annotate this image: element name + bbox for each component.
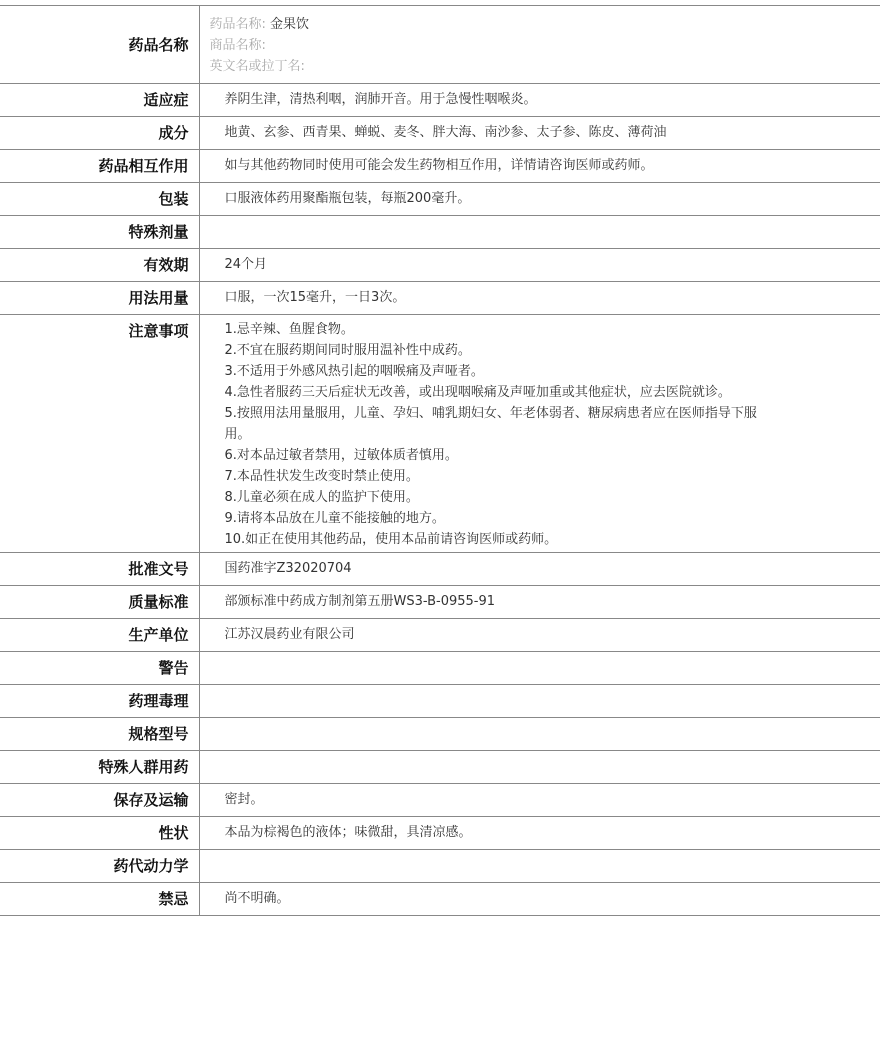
row-packaging: 包装 口服液体药用聚酯瓶包装，每瓶200毫升。 xyxy=(0,183,880,216)
trade-name-line: 商品名称: xyxy=(210,35,880,56)
row-drug-name: 药品名称 药品名称: 金果饮 商品名称: 英文名或拉丁名: xyxy=(0,6,880,84)
row-value xyxy=(199,652,880,685)
row-ingredients: 成分 地黄、玄参、西青果、蝉蜕、麦冬、胖大海、南沙参、太子参、陈皮、薄荷油 xyxy=(0,117,880,150)
row-value: 口服，一次15毫升，一日3次。 xyxy=(199,282,880,315)
row-interactions: 药品相互作用 如与其他药物同时使用可能会发生药物相互作用，详情请咨询医师或药师。 xyxy=(0,150,880,183)
row-warning: 警告 xyxy=(0,652,880,685)
row-value: 部颁标准中药成方制剂第五册WS3-B-0955-91 xyxy=(199,586,880,619)
generic-name-line: 药品名称: 金果饮 xyxy=(210,14,880,35)
precaution-item: 7.本品性状发生改变时禁止使用。 xyxy=(225,466,880,487)
row-value: 口服液体药用聚酯瓶包装，每瓶200毫升。 xyxy=(199,183,880,216)
row-pharmacokinetics: 药代动力学 xyxy=(0,850,880,883)
row-label: 生产单位 xyxy=(0,619,199,652)
generic-name-label: 药品名称: xyxy=(210,17,266,32)
row-label: 规格型号 xyxy=(0,718,199,751)
precaution-item: 10.如正在使用其他药品，使用本品前请咨询医师或药师。 xyxy=(225,529,880,550)
row-value xyxy=(199,751,880,784)
row-specification: 规格型号 xyxy=(0,718,880,751)
row-pharmacology: 药理毒理 xyxy=(0,685,880,718)
row-label: 适应症 xyxy=(0,84,199,117)
row-label: 特殊剂量 xyxy=(0,216,199,249)
precaution-item: 9.请将本品放在儿童不能接触的地方。 xyxy=(225,508,880,529)
row-dosage: 用法用量 口服，一次15毫升，一日3次。 xyxy=(0,282,880,315)
row-label: 包装 xyxy=(0,183,199,216)
generic-name-value: 金果饮 xyxy=(270,17,309,32)
row-label: 注意事项 xyxy=(0,315,199,553)
row-value: 江苏汉晨药业有限公司 xyxy=(199,619,880,652)
row-shelf-life: 有效期 24个月 xyxy=(0,249,880,282)
precaution-item: 8.儿童必须在成人的监护下使用。 xyxy=(225,487,880,508)
row-precautions: 注意事项 1.忌辛辣、鱼腥食物。 2.不宜在服药期间同时服用温补性中成药。 3.… xyxy=(0,315,880,553)
row-label: 性状 xyxy=(0,817,199,850)
row-value: 尚不明确。 xyxy=(199,883,880,916)
row-label: 药代动力学 xyxy=(0,850,199,883)
precaution-item: 4.急性者服药三天后症状无改善，或出现咽喉痛及声哑加重或其他症状，应去医院就诊。 xyxy=(225,382,880,403)
row-label: 有效期 xyxy=(0,249,199,282)
drug-spec-table: 药品名称 药品名称: 金果饮 商品名称: 英文名或拉丁名: 适应症 养阴生津，清… xyxy=(0,5,880,916)
row-value: 地黄、玄参、西青果、蝉蜕、麦冬、胖大海、南沙参、太子参、陈皮、薄荷油 xyxy=(199,117,880,150)
row-value: 如与其他药物同时使用可能会发生药物相互作用，详情请咨询医师或药师。 xyxy=(199,150,880,183)
row-storage: 保存及运输 密封。 xyxy=(0,784,880,817)
english-latin-line: 英文名或拉丁名: xyxy=(210,56,880,77)
row-label: 保存及运输 xyxy=(0,784,199,817)
row-description: 性状 本品为棕褐色的液体；味微甜，具清凉感。 xyxy=(0,817,880,850)
row-quality-standard: 质量标准 部颁标准中药成方制剂第五册WS3-B-0955-91 xyxy=(0,586,880,619)
row-label: 药理毒理 xyxy=(0,685,199,718)
row-label: 用法用量 xyxy=(0,282,199,315)
precaution-item: 6.对本品过敏者禁用，过敏体质者慎用。 xyxy=(225,445,880,466)
english-latin-label: 英文名或拉丁名: xyxy=(210,59,305,74)
precaution-item: 1.忌辛辣、鱼腥食物。 xyxy=(225,319,880,340)
row-value xyxy=(199,718,880,751)
row-value: 密封。 xyxy=(199,784,880,817)
row-label: 警告 xyxy=(0,652,199,685)
precaution-item: 5.按照用法用量服用，儿童、孕妇、哺乳期妇女、年老体弱者、糖尿病患者应在医师指导… xyxy=(225,403,880,445)
row-label: 成分 xyxy=(0,117,199,150)
row-value: 养阴生津，清热利咽，润肺开音。用于急慢性咽喉炎。 xyxy=(199,84,880,117)
row-indications: 适应症 养阴生津，清热利咽，润肺开音。用于急慢性咽喉炎。 xyxy=(0,84,880,117)
row-value xyxy=(199,216,880,249)
row-value: 国药准字Z32020704 xyxy=(199,553,880,586)
row-value xyxy=(199,685,880,718)
precaution-item: 3.不适用于外感风热引起的咽喉痛及声哑者。 xyxy=(225,361,880,382)
row-manufacturer: 生产单位 江苏汉晨药业有限公司 xyxy=(0,619,880,652)
precautions-list: 1.忌辛辣、鱼腥食物。 2.不宜在服药期间同时服用温补性中成药。 3.不适用于外… xyxy=(199,315,880,553)
row-label: 药品相互作用 xyxy=(0,150,199,183)
trade-name-label: 商品名称: xyxy=(210,38,266,53)
row-special-dosage: 特殊剂量 xyxy=(0,216,880,249)
row-special-populations: 特殊人群用药 xyxy=(0,751,880,784)
precaution-item: 2.不宜在服药期间同时服用温补性中成药。 xyxy=(225,340,880,361)
row-label: 批准文号 xyxy=(0,553,199,586)
row-contraindications: 禁忌 尚不明确。 xyxy=(0,883,880,916)
row-label: 禁忌 xyxy=(0,883,199,916)
drug-name-cell: 药品名称: 金果饮 商品名称: 英文名或拉丁名: xyxy=(199,6,880,84)
row-label: 特殊人群用药 xyxy=(0,751,199,784)
row-label: 药品名称 xyxy=(0,6,199,84)
row-approval-number: 批准文号 国药准字Z32020704 xyxy=(0,553,880,586)
row-value: 本品为棕褐色的液体；味微甜，具清凉感。 xyxy=(199,817,880,850)
row-label: 质量标准 xyxy=(0,586,199,619)
row-value: 24个月 xyxy=(199,249,880,282)
row-value xyxy=(199,850,880,883)
